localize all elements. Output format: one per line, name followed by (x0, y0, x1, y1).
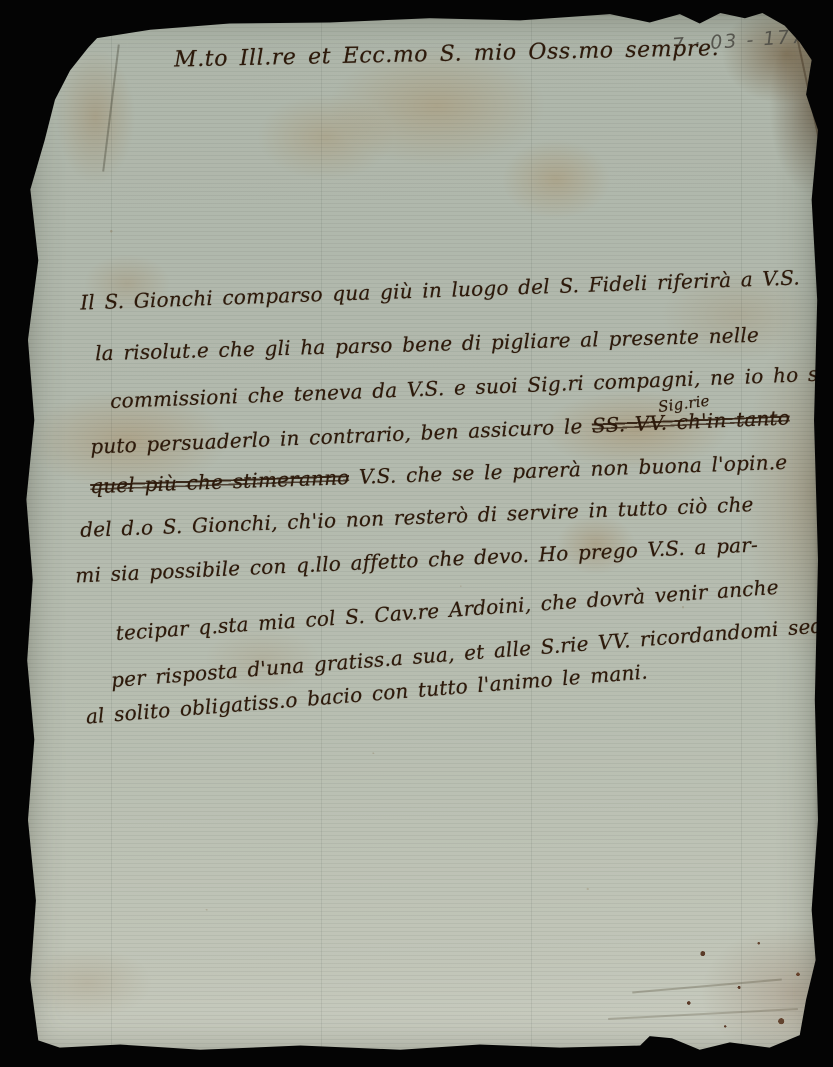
crease-bottom-right-2 (608, 1008, 798, 1019)
letter-line-7: mi sia possibile con q.llo affetto che d… (75, 533, 759, 588)
letter-line-2: la risolut.e che gli ha parso bene di pi… (95, 323, 760, 366)
manuscript-page: 7 · 03 - 177 M.to Ill.re et Ecc.mo S. mi… (24, 12, 818, 1056)
letter-line-4-text: puto persuaderlo in contrario, ben assic… (90, 414, 593, 459)
crease-top-right (797, 39, 822, 147)
letter-line-4: puto persuaderlo in contrario, ben assic… (90, 405, 791, 458)
letter-line-5: quel più che stimeranno V.S. che se le p… (90, 450, 788, 498)
strikethrough-revision-2: quel più che stimeranno (90, 465, 350, 498)
crease-bottom-right-1 (632, 978, 782, 993)
scan-background: 7 · 03 - 177 M.to Ill.re et Ecc.mo S. mi… (0, 0, 833, 1067)
struck-text-2: quel più che stimeranno (90, 465, 350, 498)
letter-line-1: Il S. Gionchi comparso qua giù in luogo … (80, 265, 800, 314)
corner-ink-speckles (672, 912, 812, 1042)
letter-line-5-text: V.S. che se le parerà non buona l'opin.e (349, 450, 788, 489)
letter-line-6: del d.o S. Gionchi, ch'io non resterò di… (80, 492, 754, 542)
letter-line-3: commissioni che teneva da V.S. e suoi Si… (110, 361, 833, 413)
crease-top-left (102, 44, 120, 171)
salutation-line: M.to Ill.re et Ecc.mo S. mio Oss.mo semp… (174, 37, 694, 73)
strikethrough-revision-1: Sig.rieSS. VV. ch'in tanto (592, 405, 791, 437)
